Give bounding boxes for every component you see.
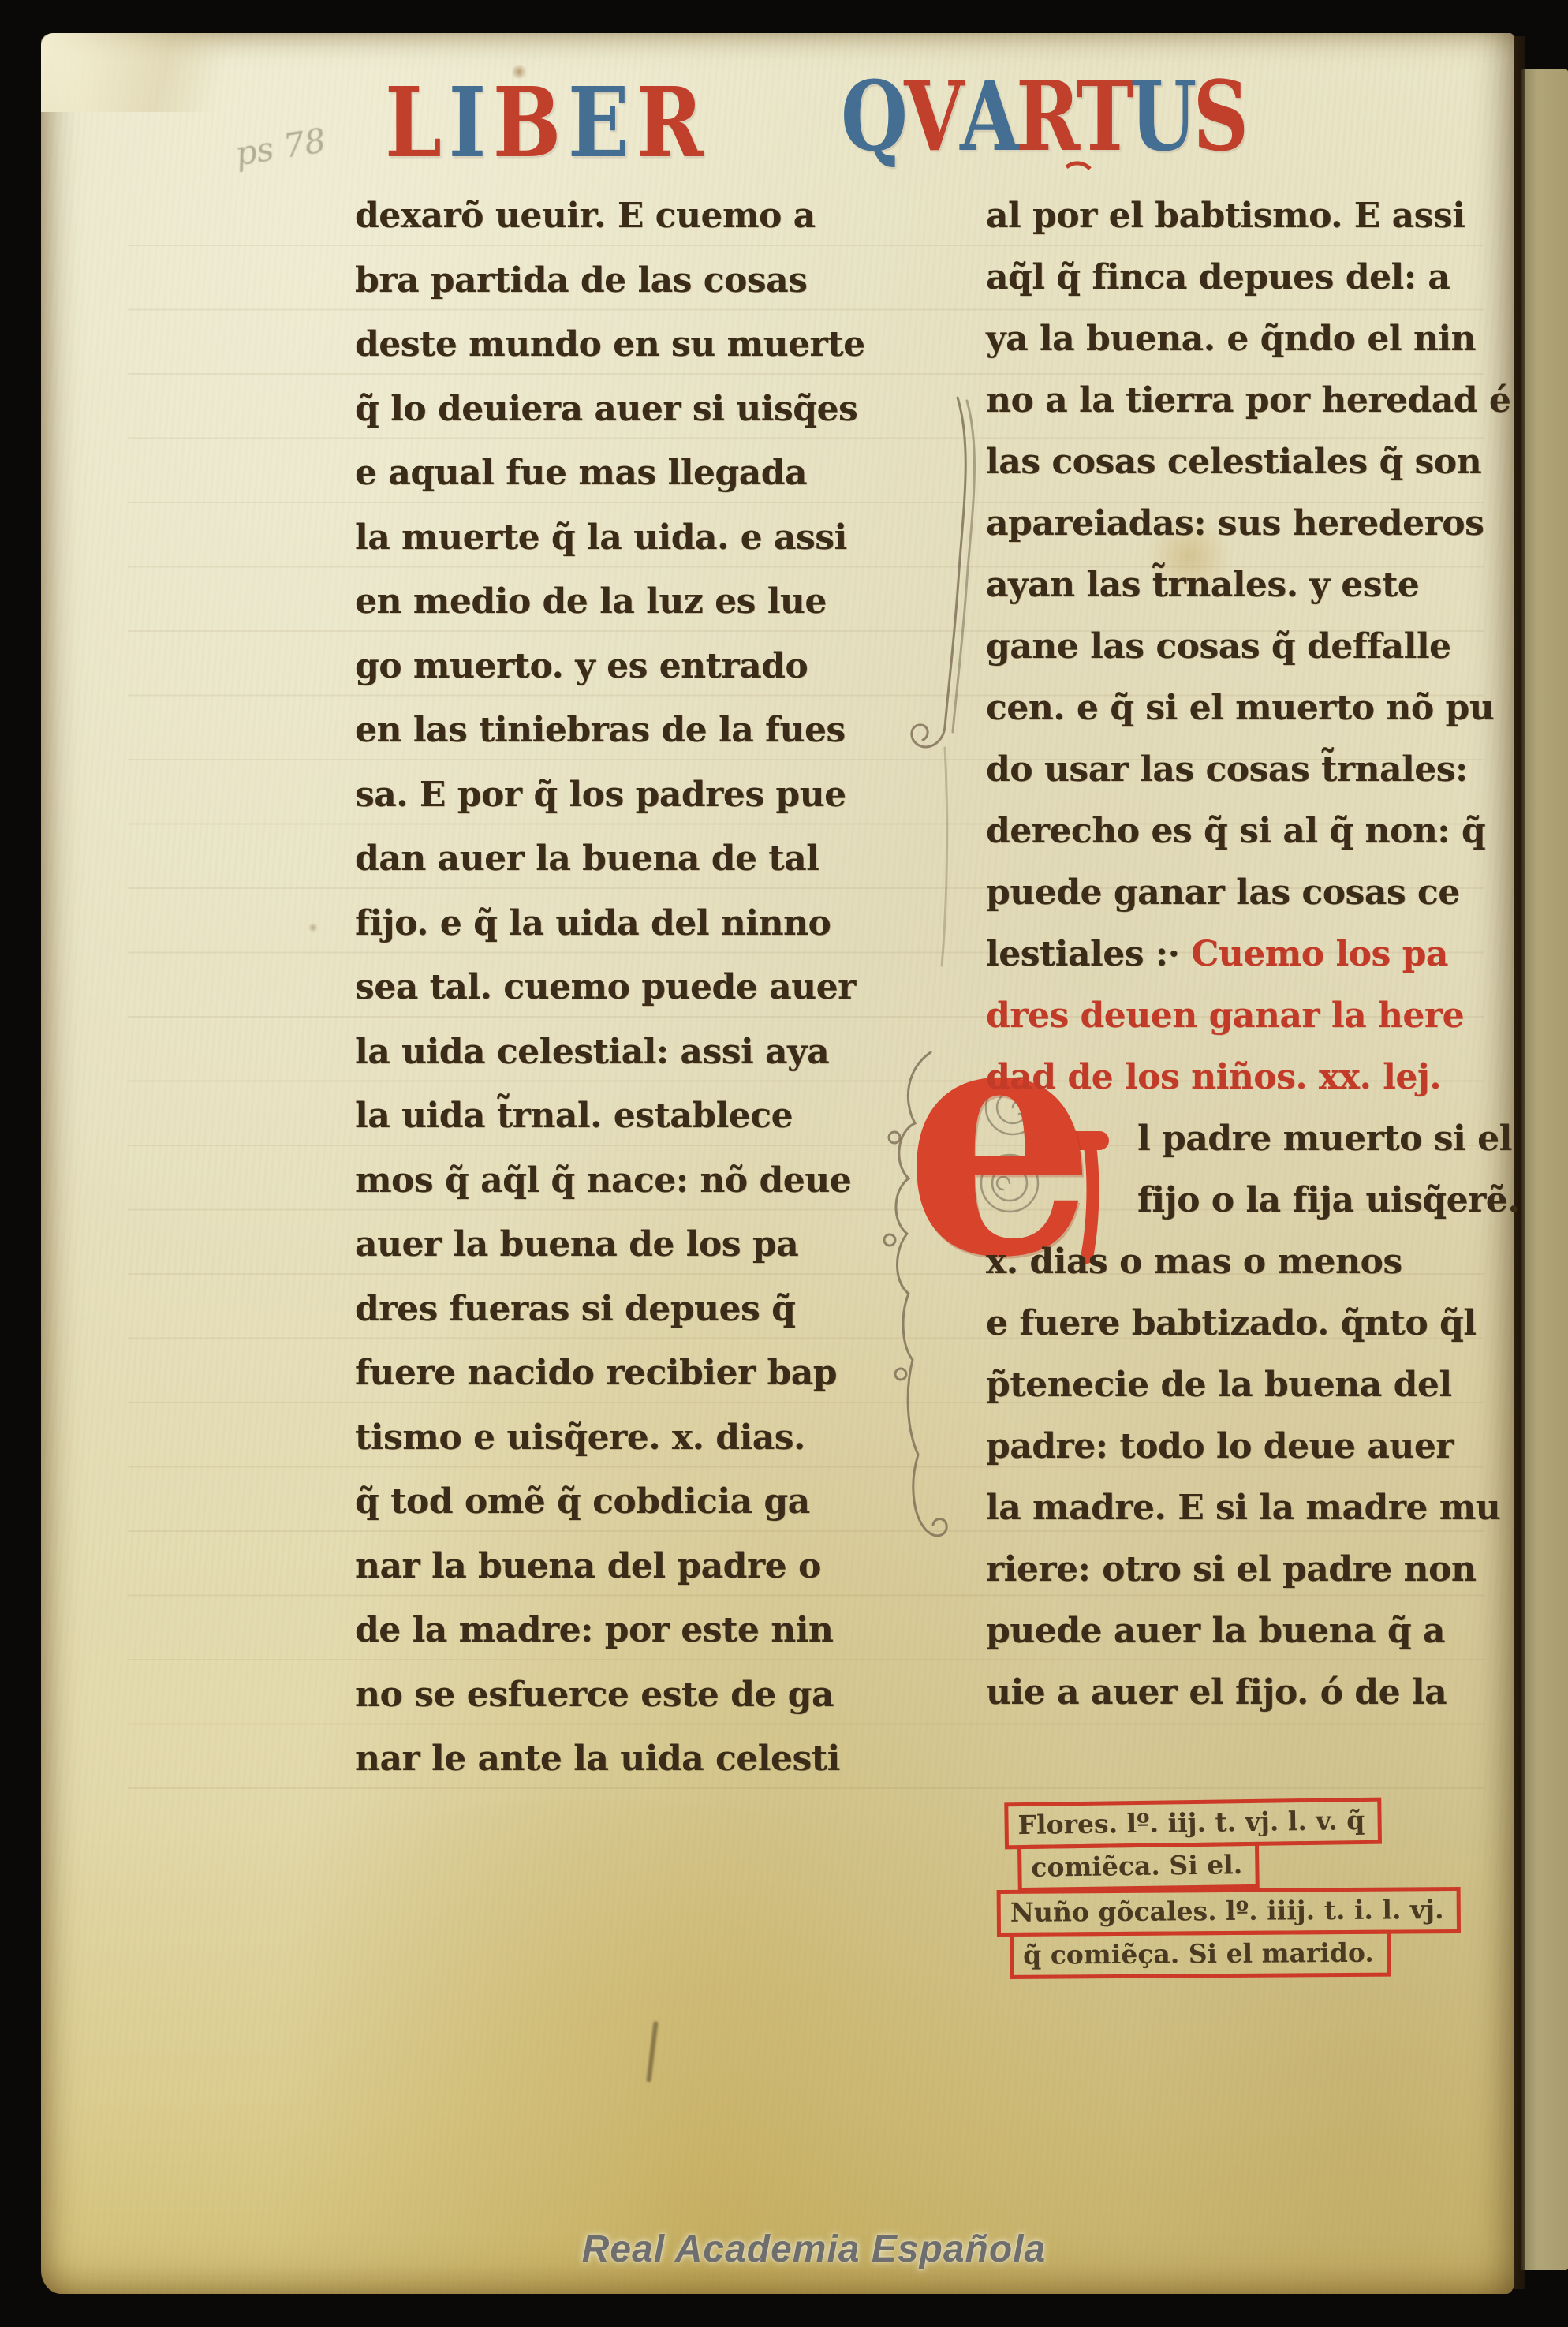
manuscript-text-line: dres fueras si depues q̃ xyxy=(355,1289,882,1354)
manuscript-text-line: la uida t̃rnal. establece xyxy=(355,1096,882,1160)
manuscript-text-line: mos q̃ aq̃l q̃ nace: nõ deue xyxy=(355,1160,882,1225)
manuscript-text-line: ayan las t̃rnales. y este xyxy=(986,565,1497,626)
manuscript-text-line: padre: todo lo deue auer xyxy=(986,1426,1497,1488)
manuscript-text-line: no se esfuerce este de ga xyxy=(355,1675,882,1739)
manuscript-text-line: en las tiniebras de la fues xyxy=(355,710,882,775)
manuscript-text-line: cen. e q̃ si el muerto nõ pu xyxy=(986,688,1497,749)
manuscript-text-line: al por el babtismo. E assi xyxy=(986,196,1497,257)
header-letter: R xyxy=(1016,68,1080,164)
margin-note-2: Nuño gõcales. lº. iiij. t. i. l. vj. q̃ … xyxy=(997,1887,1461,1979)
manuscript-text-line: en medio de la luz es lue xyxy=(355,581,882,646)
manuscript-text-line: auer la buena de los pa xyxy=(355,1224,882,1289)
pencil-annotation: ps 78 xyxy=(233,121,328,173)
manuscript-text-line: do usar las cosas t̃rnales: xyxy=(986,749,1497,811)
header-letter: V xyxy=(904,68,964,164)
page-corner-curl xyxy=(41,33,262,112)
manuscript-text-line: sa. E por q̃ los padres pue xyxy=(355,775,882,839)
manuscript-text-line: x. dias o mas o menos xyxy=(986,1242,1497,1303)
manuscript-text-line: dan auer la buena de tal xyxy=(355,839,882,903)
manuscript-text-line: ya la buena. e q̃ndo el nin xyxy=(986,319,1497,380)
manuscript-text-line: e fuere babtizado. q̃nto q̃l xyxy=(986,1303,1497,1365)
manuscript-text-line: l padre muerto si el xyxy=(986,1119,1497,1180)
manuscript-text-line: aq̃l q̃ finca depues del: a xyxy=(986,257,1497,319)
header-quartus: QVARTUS xyxy=(841,68,1245,164)
header-letter: A xyxy=(960,68,1020,164)
manuscript-text-line: sea tal. cuemo puede auer xyxy=(355,967,882,1032)
header-letter: T xyxy=(1076,68,1133,164)
header-letter: U xyxy=(1129,68,1197,164)
manuscript-text-line: dexarõ ueuir. E cuemo a xyxy=(355,196,882,260)
manuscript-text-line: tismo e uisq̃ere. x. dias. xyxy=(355,1417,882,1482)
ink-smudge xyxy=(646,2021,658,2082)
manuscript-text-line: p̃tenecie de la buena del xyxy=(986,1365,1497,1426)
manuscript-text-line: derecho es q̃ si al q̃ non: q̃ xyxy=(986,811,1497,872)
left-column: dexarõ ueuir. E cuemo abra partida de la… xyxy=(355,196,882,1803)
manuscript-text-line: lestiales :· Cuemo los pa xyxy=(986,934,1497,995)
header-letter: S xyxy=(1193,68,1249,164)
manuscript-text-line: puede auer la buena q̃ a xyxy=(986,1611,1497,1672)
margin-note-line: comiẽca. Si el. xyxy=(1017,1842,1260,1892)
manuscript-text-line: de la madre: por este nin xyxy=(355,1610,882,1675)
manuscript-text-line: e aqual fue mas llegada xyxy=(355,453,882,517)
manuscript-text-line: las cosas celestiales q̃ son xyxy=(986,442,1497,503)
manuscript-text-line: go muerto. y es entrado xyxy=(355,646,882,711)
manuscript-text-line: la madre. E si la madre mu xyxy=(986,1488,1497,1549)
margin-note-line: Flores. lº. iij. t. vj. l. v. q̃ xyxy=(1004,1798,1381,1850)
margin-note-line: q̃ comiẽça. Si el marido. xyxy=(1010,1930,1391,1979)
manuscript-text-line: q̃ lo deuiera auer si uisq̃es xyxy=(355,389,882,454)
manuscript-text-line: puede ganar las cosas ce xyxy=(986,872,1497,934)
margin-note-line: Nuño gõcales. lº. iiij. t. i. l. vj. xyxy=(997,1887,1461,1937)
parchment-stain xyxy=(230,1800,972,2242)
header-letter: I xyxy=(448,74,486,170)
manuscript-text-line: dad de los niños. xx. lej. xyxy=(986,1057,1497,1119)
manuscript-text-line: apareiadas: sus herederos xyxy=(986,503,1497,565)
header-letter: R xyxy=(636,74,703,170)
header-letter: L xyxy=(385,74,442,170)
watermark: Real Academia Española xyxy=(483,2228,1145,2271)
adjacent-page-edge xyxy=(1521,69,1568,2270)
header-letter: B xyxy=(493,74,562,170)
manuscript-text-line: fuere nacido recibier bap xyxy=(355,1353,882,1417)
manuscript-text-line: deste mundo en su muerte xyxy=(355,324,882,389)
margin-note-1: Flores. lº. iij. t. vj. l. v. q̃ comiẽca… xyxy=(1004,1798,1382,1892)
header-letter: Q xyxy=(841,68,908,164)
manuscript-text-line: la uida celestial: assi aya xyxy=(355,1032,882,1096)
manuscript-text-line: nar la buena del padre o xyxy=(355,1546,882,1611)
manuscript-text-line: fijo o la fija uisq̃erẽ. xyxy=(986,1180,1497,1242)
manuscript-text-line: dres deuen ganar la here xyxy=(986,995,1497,1057)
manuscript-text-line: uie a auer el fijo. ó de la xyxy=(986,1672,1497,1734)
manuscript-photograph: LIBER QVARTUS ps 78 e dexarõ ueuir. E cu… xyxy=(0,0,1568,2327)
manuscript-text-line: fijo. e q̃ la uida del ninno xyxy=(355,903,882,968)
right-column: al por el babtismo. E assiaq̃l q̃ finca … xyxy=(986,196,1497,1734)
manuscript-text-line: q̃ tod omẽ q̃ cobdicia ga xyxy=(355,1481,882,1546)
header-letter: E xyxy=(568,74,629,170)
header-liber: LIBER xyxy=(385,74,704,170)
manuscript-text-line: gane las cosas q̃ deffalle xyxy=(986,626,1497,688)
manuscript-text-line: nar le ante la uida celesti xyxy=(355,1739,882,1803)
manuscript-text-line: riere: otro si el padre non xyxy=(986,1549,1497,1611)
manuscript-text-line: bra partida de las cosas xyxy=(355,260,882,325)
manuscript-page: LIBER QVARTUS ps 78 e dexarõ ueuir. E cu… xyxy=(41,33,1514,2294)
manuscript-text-line: la muerte q̃ la uida. e assi xyxy=(355,517,882,582)
manuscript-text-line: no a la tierra por heredad é xyxy=(986,380,1497,442)
